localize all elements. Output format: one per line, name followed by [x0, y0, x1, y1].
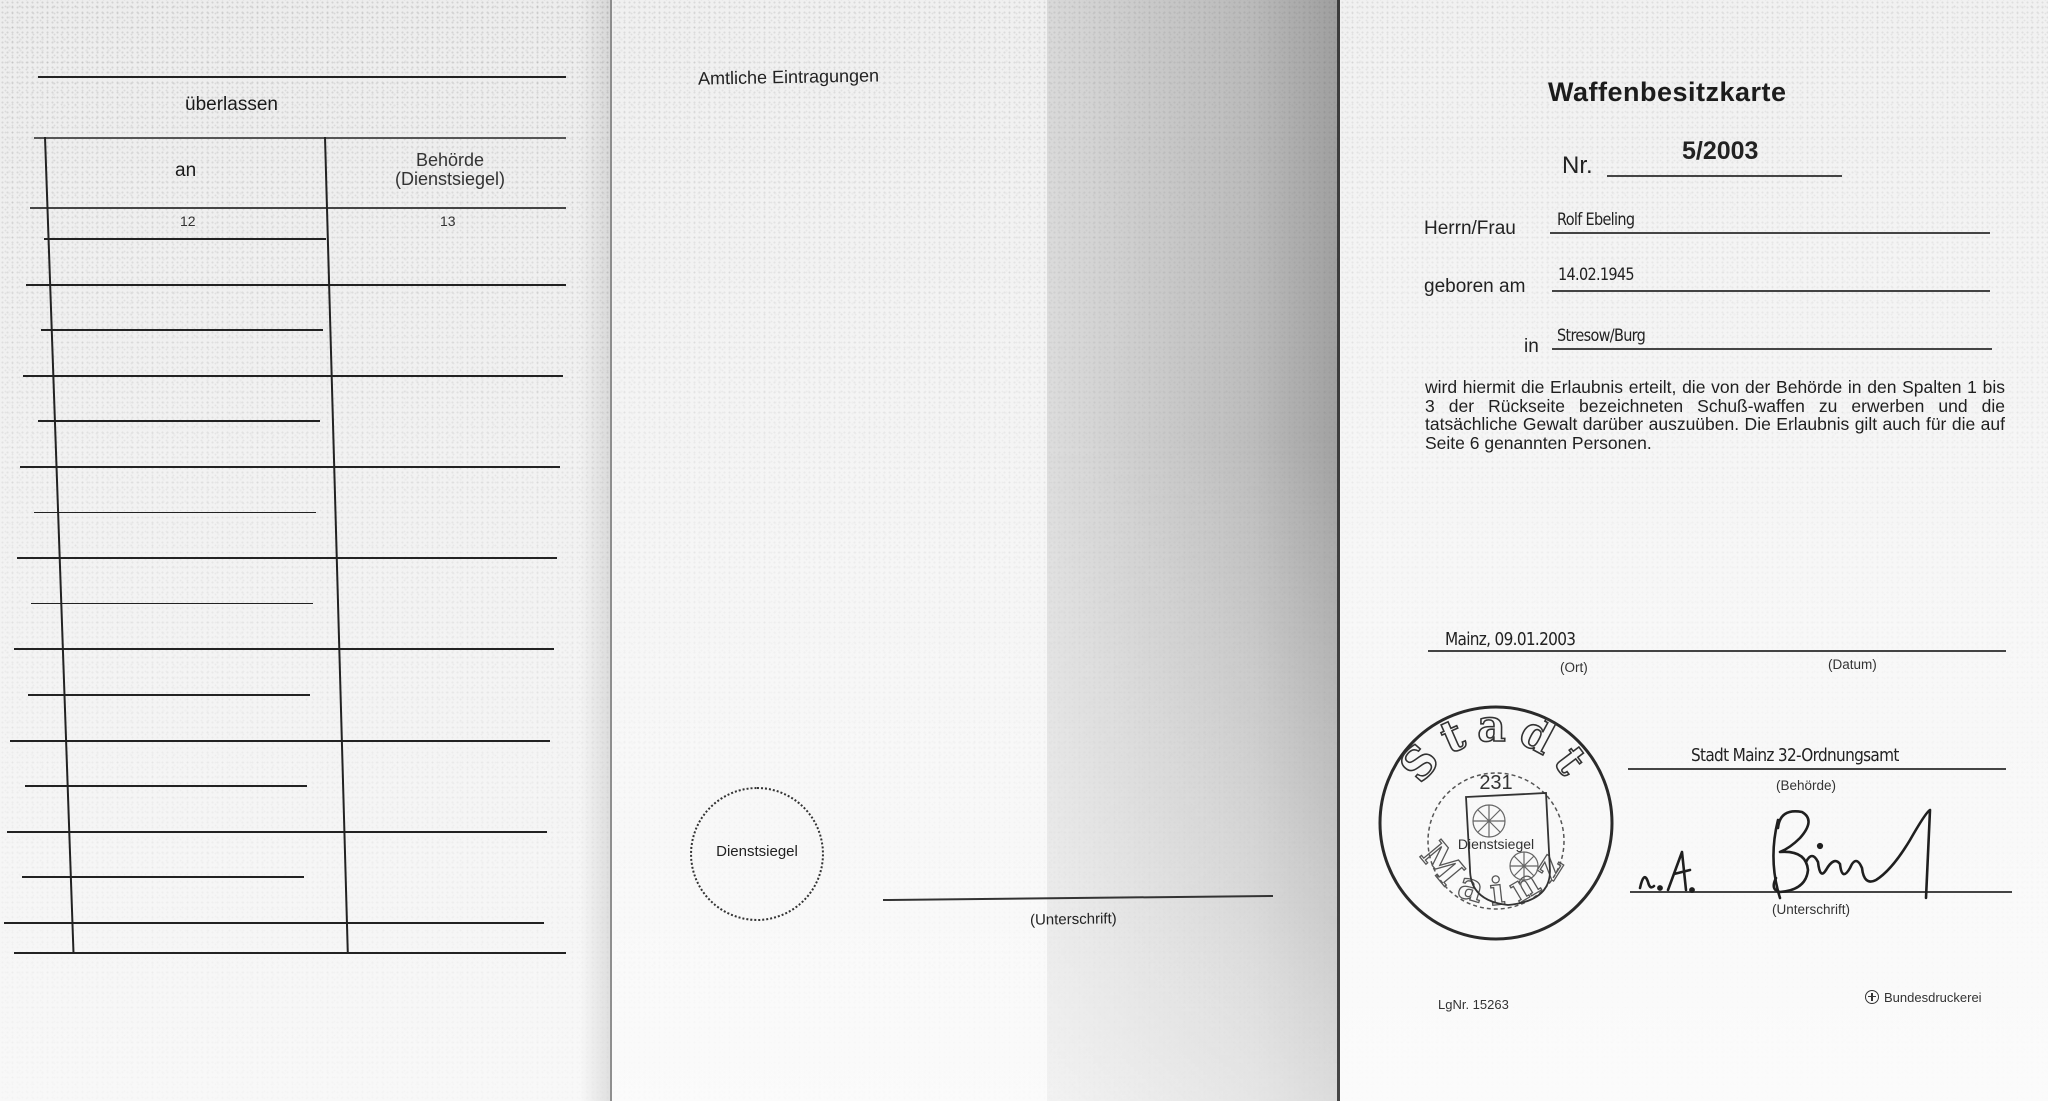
place-date-line [1428, 650, 2006, 652]
top-rule [38, 76, 566, 78]
table-subrow-divider [44, 238, 326, 240]
table-row-divider [26, 284, 566, 286]
column-header-behoerde: Behörde (Dienstsiegel) [370, 151, 530, 189]
official-stamp-stadt-mainz: Stadt Mainz 231 Dienstsiegel [1374, 701, 1618, 945]
column-header-an: an [175, 160, 196, 182]
seal-placeholder-circle: Dienstsiegel [690, 787, 824, 921]
svg-text:231: 231 [1479, 772, 1512, 794]
holder-birthplace: Stresow/Burg [1557, 326, 1645, 346]
table-row-divider [7, 831, 547, 833]
holder-name: Rolf Ebeling [1557, 210, 1634, 230]
number-label: Nr. [1562, 152, 1593, 180]
name-label: Herrn/Frau [1424, 218, 1516, 240]
birthplace-field-line [1552, 348, 1992, 350]
place-caption: (Ort) [1560, 660, 1588, 675]
authority-line [1628, 768, 2006, 770]
birthdate-field-line [1552, 290, 1990, 292]
birthdate-label: geboren am [1424, 276, 1525, 298]
section-heading-ueberlassen: überlassen [185, 94, 278, 116]
table-row-divider [20, 466, 560, 468]
date-caption: (Datum) [1828, 657, 1877, 672]
authority-value: Stadt Mainz 32-Ordnungsamt [1691, 745, 1899, 766]
holder-birthdate: 14.02.1945 [1558, 265, 1634, 285]
column-number-12: 12 [180, 213, 196, 229]
document-scan: überlassen an Behörde (Dienstsiegel) 12 … [0, 0, 2048, 1101]
seal-placeholder-label: Dienstsiegel [692, 843, 822, 860]
table-subrow-divider [34, 512, 316, 514]
official-entries-heading: Amtliche Eintragungen [698, 65, 879, 89]
table-bottom-border [14, 952, 566, 954]
header-bottom-rule [30, 207, 566, 209]
column-number-13: 13 [440, 213, 456, 229]
table-subrow-divider [38, 420, 320, 422]
table-subrow-divider [31, 603, 313, 605]
table-row-divider [17, 557, 557, 559]
document-title: Waffenbesitzkarte [1548, 77, 1787, 108]
table-subrow-divider [41, 329, 323, 331]
table-row-divider [23, 375, 563, 377]
handwritten-signature [1630, 790, 2010, 910]
table-subrow-divider [22, 876, 304, 878]
left-page-transfer-table: überlassen an Behörde (Dienstsiegel) 12 … [0, 0, 620, 1101]
card-number: 5/2003 [1682, 137, 1758, 166]
table-subrow-divider [25, 785, 307, 787]
table-row-divider [4, 922, 544, 924]
birthplace-label: in [1524, 336, 1539, 358]
header-top-rule [34, 137, 566, 139]
place-date-value: Mainz, 09.01.2003 [1445, 629, 1575, 650]
name-field-line [1550, 232, 1990, 234]
table-row-divider [14, 648, 554, 650]
form-number: LgNr. 15263 [1438, 997, 1509, 1012]
bundesdruckerei-logo-icon [1865, 990, 1879, 1004]
printer-credit: Bundesdruckerei [1865, 990, 1982, 1005]
table-subrow-divider [28, 694, 310, 696]
table-row-divider [10, 740, 550, 742]
middle-page-official-entries [612, 0, 1342, 1101]
permission-text: wird hiermit die Erlaubnis erteilt, die … [1425, 378, 2005, 452]
signature-caption: (Unterschrift) [1030, 910, 1117, 929]
number-field-line [1607, 175, 1842, 177]
svg-text:Dienstsiegel: Dienstsiegel [1458, 836, 1534, 852]
